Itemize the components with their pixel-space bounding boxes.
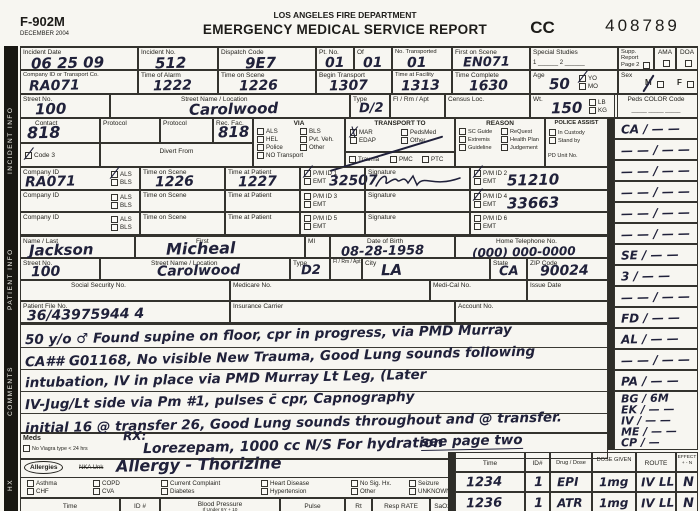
via-hel-checkbox (257, 136, 264, 143)
divert-from-label: Divert From (101, 148, 252, 155)
medtab-r1-effect: N (676, 472, 698, 492)
comment-line-3: intubation, IV in place via PMD Murray L… (25, 369, 427, 391)
wt-label: Wt. (533, 96, 543, 103)
code-row-3-value: — — / — — (621, 164, 690, 177)
medtab-r1-time: 1234 (455, 472, 525, 492)
sex-label: Sex (621, 72, 632, 79)
age-mo-label: MO (588, 83, 598, 90)
code-row-7: SE / — — (614, 244, 698, 265)
crew2-pm4-label: P/M ID 4 (483, 193, 507, 200)
wt-value: 150 (551, 101, 583, 117)
no-transported-value: 01 (407, 56, 427, 70)
field-incident-date: Incident Date 06 25 09 (20, 46, 138, 70)
code-row-2: — — / — — (614, 139, 698, 160)
medtab-h-time-label: Time (456, 460, 524, 467)
meds-label: Meds (23, 435, 41, 443)
see-page-two-note: see page two (421, 434, 523, 451)
police-custody-checkbox (549, 129, 556, 136)
field-special-studies: Special Studies 1 ______ 2 ______ (530, 46, 618, 70)
vitals-resp-col: Resp RATE (372, 498, 430, 511)
patient-mi-label: MI (308, 238, 315, 245)
code-row-12: — — / — — (614, 349, 698, 370)
patient-medical-label: Medi-Cal No. (433, 282, 471, 289)
age-value: 50 (549, 77, 570, 92)
code-row-9: — — / — — (614, 286, 698, 307)
special-studies-slots: 1 ______ 2 ______ (533, 60, 585, 67)
medtab-r1-drug: EPI (550, 472, 592, 492)
ama-label: AMA (655, 49, 675, 56)
crew1-pm1-checkbox (304, 170, 311, 177)
field-dispatch-code: Dispatch Code 9E7 (218, 46, 316, 70)
history-unknown: UNKNOWN (418, 488, 451, 495)
patient-street-name: Street Name / Location Carolwood (100, 258, 290, 280)
medtab-r2-route-value: IV LL (641, 497, 674, 510)
medtab-r2-drug: ATR (550, 492, 592, 511)
crew2-emt-right-label: EMT (483, 201, 496, 208)
via-other-checkbox (300, 144, 307, 151)
crew2-pm4-checkbox (474, 193, 481, 200)
medtab-h-id-label: ID# (526, 460, 549, 467)
history-seizure: Seizure (418, 480, 439, 487)
transport-pedsmed: PedsMed (410, 129, 436, 136)
crew2-patient-label: Time at Patient (228, 192, 271, 199)
patient-street-no-value: 100 (31, 265, 61, 280)
field-pt-no: Pt. No. 01 (316, 46, 354, 70)
sex-f-label: F (677, 79, 682, 88)
medtab-r2-effect-value: N (683, 497, 694, 510)
field-contact: Contact 818 (20, 118, 100, 143)
via-police-checkbox (257, 144, 264, 151)
patient-first-value: Micheal (166, 240, 236, 257)
crew3-signature-label: Signature (368, 214, 396, 221)
sex-f-checkbox (687, 81, 694, 88)
crew3-als-label: ALS (120, 216, 132, 223)
crew3-emt-left-label: EMT (313, 223, 326, 230)
report-number: 408789 (585, 16, 700, 36)
pmc-option: PMC (399, 156, 413, 163)
crew2-scene: Time on Scene (140, 190, 225, 212)
crew3-pm-right: P/M ID 6 EMT (470, 212, 608, 235)
via-title: VIA (254, 120, 344, 127)
hypertension-checkbox (261, 488, 268, 495)
no-sig-hx-checkbox (351, 480, 358, 487)
patient-insurance: Insurance Carrier (230, 301, 455, 323)
reason-extremis: Extremis (468, 137, 490, 143)
chf-checkbox (27, 488, 34, 495)
police-standby: Stand by (558, 138, 580, 144)
patient-last-value: Jackson (29, 242, 94, 258)
rec-fac-value: 818 (218, 125, 250, 141)
contact-value: 818 (27, 125, 61, 142)
crew3-company: Company ID ALS BLS (20, 212, 140, 235)
age-mo-checkbox (579, 83, 586, 90)
age-label: Age (533, 72, 545, 79)
code-row-6-value: — — / — — (621, 227, 690, 240)
history-copd: COPD (102, 480, 120, 487)
unknown-checkbox (409, 488, 416, 495)
cc-label: CC (520, 18, 565, 38)
crew2-als-label: ALS (120, 194, 132, 201)
margin-patient-info: PATIENT INFO (4, 235, 18, 323)
medtab-r1-route: IV LL (636, 472, 676, 492)
begin-transport-value: 1307 (329, 79, 368, 94)
group-transport-to: TRANSPORT TO MAR PedsMed EDAP Other (345, 118, 455, 152)
field-census-loc: Census Loc. (445, 94, 530, 118)
crew2-als-checkbox (111, 194, 118, 201)
field-of: Of 01 (354, 46, 392, 70)
history-hypertension: Hypertension (270, 488, 306, 495)
patient-ssn: Social Security No. (20, 280, 230, 301)
via-bls-checkbox (300, 128, 307, 135)
patient-file-no: Patient File No. 36/43975944 4 (20, 301, 230, 323)
pmc-checkbox (390, 156, 397, 163)
field-first-on-scene: First on Scene EN071 (452, 46, 530, 70)
supp-report-checkbox (643, 62, 650, 69)
medtab-h-drug: Drug / Dose (550, 452, 592, 472)
patient-medicare-label: Medicare No. (233, 282, 272, 289)
cva-checkbox (93, 488, 100, 495)
code-row-5: — — / — — (614, 202, 698, 223)
patient-medical: Medi-Cal No. (430, 280, 527, 301)
patient-city: City LA (362, 258, 490, 280)
heart-disease-checkbox (261, 480, 268, 487)
code-row-12-value: — — / — — (621, 353, 690, 366)
crew1-emt-right-checkbox (474, 178, 481, 185)
vitals-id-label: ID # (121, 503, 159, 510)
medtab-r2-route: IV LL (636, 492, 676, 511)
reason-health-plan: Health Plan (510, 137, 539, 143)
code-row-11-value: AL / — — (621, 332, 679, 345)
crew1-company-value: RA071 (25, 174, 76, 189)
code-row-3: — — / — — (614, 160, 698, 181)
code-row-10-value: FD / — — (621, 311, 680, 324)
field-divert-from: Divert From (100, 143, 253, 167)
reason-judgement: Judgement (510, 145, 538, 151)
field-code3: Code 3 (20, 143, 100, 167)
protocol-1-label: Protocol (103, 120, 127, 127)
crew1-als-label: ALS (120, 171, 132, 178)
crew3-als-checkbox (111, 216, 118, 223)
transport-mar-checkbox (350, 129, 357, 136)
history-other: Other (360, 488, 375, 495)
diabetes-checkbox (161, 488, 168, 495)
crew3-pm-left: P/M ID 5 EMT (300, 212, 365, 235)
patient-ssn-label: Social Security No. (71, 282, 126, 289)
street-name-value: Carolwood (189, 101, 278, 118)
crew1-pm-right: P/M ID 2 EMT 51210 (470, 167, 608, 190)
medtab-r1-id: 1 (525, 472, 550, 492)
crew1-bls-label: BLS (120, 179, 132, 186)
field-protocol-2: Protocol (160, 118, 213, 143)
code-row-7-value: SE / — — (621, 248, 679, 261)
crew2-pm3-checkbox (304, 193, 311, 200)
census-loc-label: Census Loc. (448, 96, 484, 103)
vitals-rt-col: Rt (345, 498, 372, 511)
crew3-scene-label: Time on Scene (143, 214, 186, 221)
transport-mar: MAR (359, 129, 373, 136)
comment-line-1: 50 y/o ♂ Found supine on floor, cpr in p… (25, 324, 512, 348)
reason-extremis-checkbox (459, 136, 466, 143)
crew3-pm5-label: P/M ID 5 (313, 215, 337, 222)
field-street-name: Street Name / Location Carolwood (110, 94, 350, 118)
group-police-assist: POLICE ASSIST In Custody Stand by PD Uni… (545, 118, 608, 167)
code-row-11: AL / — — (614, 328, 698, 349)
crew3-patient: Time at Patient (225, 212, 300, 235)
field-doa: DOA (676, 46, 698, 70)
medtab-r2-id-value: 1 (534, 497, 543, 510)
via-als-checkbox (257, 128, 264, 135)
patient-street-no: Street No. 100 (20, 258, 100, 280)
crew3-bls-checkbox (111, 224, 118, 231)
code-row-9-value: — — / — — (621, 290, 690, 303)
history-chf: CHF (36, 488, 49, 495)
medtab-h-dose: DOSE GIVEN (592, 452, 636, 472)
code-row-8-value: 3 / — — (621, 269, 671, 282)
history-current-complaint: Current Complaint (170, 480, 220, 487)
code-row-1-value: CA / — — (621, 122, 680, 135)
comment-line-2: CA## G01168, No visible New Trauma, Good… (25, 346, 535, 370)
pt-no-value: 01 (325, 56, 345, 70)
transport-to-title: TRANSPORT TO (346, 120, 454, 127)
crew2-pm-left: P/M ID 3 EMT (300, 190, 365, 212)
company-transport-value: RA071 (29, 78, 80, 93)
via-als: ALS (266, 128, 278, 135)
group-via: VIA ALS BLS HEL Pvt. Veh. Police Other N… (253, 118, 345, 167)
police-title: POLICE ASSIST (546, 120, 607, 126)
crew1-als-checkbox (111, 171, 118, 178)
type-value: D/2 (359, 102, 384, 116)
patient-dob: Date of Birth 08-28-1958 (330, 235, 455, 258)
patient-last-name: Name / Last Jackson (20, 235, 135, 258)
ems-report-scan: F-902M DECEMBER 2004 LOS ANGELES FIRE DE… (0, 0, 700, 511)
crew3-scene: Time on Scene (140, 212, 225, 235)
patient-mi: MI (305, 235, 330, 258)
special-studies-label: Special Studies (533, 49, 578, 56)
police-standby-checkbox (549, 137, 556, 144)
allergies-row: Allergies NKA Unk Allergy - Thorizine (20, 459, 455, 477)
crew1-emt-right-label: EMT (483, 178, 496, 185)
history-diabetes: Diabetes (170, 488, 194, 495)
crew1-bls-checkbox (111, 179, 118, 186)
patient-account-label: Account No. (458, 303, 493, 310)
patient-phone-value: (000) 000-0000 (472, 245, 576, 259)
medtab-r2-id: 1 (525, 492, 550, 511)
patient-insurance-label: Insurance Carrier (233, 303, 283, 310)
crew1-emt-left-label: EMT (313, 178, 326, 185)
page-title: EMERGENCY MEDICAL SERVICE REPORT (175, 22, 515, 37)
ama-checkbox (663, 60, 670, 67)
medtab-h-route: ROUTE (636, 452, 676, 472)
crew2-bls-label: BLS (120, 202, 132, 209)
vitals-time-col: Time (20, 498, 120, 511)
crew2-pm-right: P/M ID 4 EMT 33663 (470, 190, 608, 212)
margin-hx: HX (4, 459, 18, 511)
crew3-company-label: Company ID (23, 214, 59, 221)
history-asthma: Asthma (36, 480, 57, 487)
medtab-r1-effect-value: N (683, 476, 694, 489)
margin-incident-info: INCIDENT INFO (4, 46, 18, 235)
field-street-no: Street No. 100 (20, 94, 110, 118)
street-no-value: 100 (35, 102, 67, 118)
history-row: Asthma CHF COPD CVA Current Complaint Di… (20, 477, 455, 498)
field-time-complete: Time Complete 1630 (452, 70, 530, 94)
reason-health-plan-checkbox (501, 136, 508, 143)
medtab-r1-time-value: 1234 (466, 476, 502, 490)
code-row-4: — — / — — (614, 181, 698, 202)
medtab-h-id: ID# (525, 452, 550, 472)
doa-checkbox (685, 60, 692, 67)
medtab-h-drug-label: Drug / Dose (551, 460, 591, 466)
group-reason: REASON SC Guide ReQuest Extremis Health … (455, 118, 545, 167)
ptc-option: PTC (431, 156, 443, 163)
code-row-13: PA / — — (614, 370, 698, 391)
age-yo-checkbox (579, 75, 586, 82)
patient-zip: ZIP Code 90024 (527, 258, 608, 280)
crew2-patient: Time at Patient (225, 190, 300, 212)
medtab-h-route-label: ROUTE (637, 460, 675, 467)
crew1-patient: Time at Patient 1227 (225, 167, 300, 190)
crew3-bls-label: BLS (120, 224, 132, 231)
patient-fl-rm-apt-label: Fl / Rm / Apt (333, 260, 361, 266)
patient-city-label: City (365, 260, 376, 267)
history-no-sig-hx: No Sig. Hx. (360, 480, 391, 487)
crew1-pm2-checkbox (474, 170, 481, 177)
field-age: Age 50 YO MO (530, 70, 618, 94)
code-row-1: CA / — — (614, 118, 698, 139)
medtab-r2-time: 1236 (455, 492, 525, 511)
crew3-emt-right-label: EMT (483, 223, 496, 230)
crew2-signature: Signature (365, 190, 470, 212)
medtab-h-time: Time (455, 452, 525, 472)
patient-street-name-value: Carolwood (157, 263, 241, 279)
patient-file-no-value: 36/43975944 4 (27, 307, 144, 323)
seizure-checkbox (409, 480, 416, 487)
crew3-emt-left-checkbox (304, 223, 311, 230)
vitals-rt-label: Rt (346, 503, 371, 510)
medtab-h-dose-label: DOSE GIVEN (593, 457, 635, 464)
via-bls: BLS (309, 128, 321, 135)
code-row-6: — — / — — (614, 223, 698, 244)
crew1-pm2-value: 51210 (507, 172, 559, 188)
form-number: F-902M (20, 14, 110, 29)
patient-fl-rm-apt: Fl / Rm / Apt (330, 258, 362, 280)
code-extra-box: BG / 6M EK / — — IV / — — ME / — — CP / … (614, 391, 698, 450)
copd-checkbox (93, 480, 100, 487)
asthma-checkbox (27, 480, 34, 487)
patient-type-value: D2 (301, 264, 321, 277)
margin-comments: COMMENTS (4, 323, 18, 459)
crew2-emt-right-checkbox (474, 201, 481, 208)
reason-guideline: Guideline (468, 145, 492, 151)
age-yo-label: YO (588, 75, 597, 82)
patient-medicare: Medicare No. (230, 280, 430, 301)
comments-area: 50 y/o ♂ Found supine on floor, cpr in p… (20, 323, 608, 433)
medtab-r1-route-value: IV LL (641, 476, 674, 489)
crew3-pm5-checkbox (304, 215, 311, 222)
department-name: LOS ANGELES FIRE DEPARTMENT (200, 10, 490, 20)
patient-issue-date: Issue Date (527, 280, 608, 301)
patient-phone: Home Telephone No. (000) 000-0000 (455, 235, 608, 258)
medtab-r1-dose: 1mg (592, 472, 636, 492)
crew3-patient-label: Time at Patient (228, 214, 271, 221)
crew1-pm-left: P/M ID 1 EMT 32507 (300, 167, 365, 190)
first-on-scene-value: EN071 (463, 56, 510, 70)
field-peds-color: Peds COLOR Code _____ _____ _____ (614, 94, 698, 118)
fl-rm-apt-label: Fl / Rm / Apt (393, 96, 429, 103)
no-viagra-label: No Viagra type < 24 hrs (32, 446, 88, 452)
time-of-alarm-value: 1222 (153, 79, 192, 94)
time-complete-value: 1630 (469, 79, 508, 94)
field-wt: Wt. 150 LB KG (530, 94, 618, 118)
via-pvt-veh: Pvt. Veh. (309, 136, 334, 143)
dispatch-code-value: 9E7 (245, 56, 276, 72)
patient-state-value: CA (499, 265, 519, 278)
allergies-printed: NKA Unk (79, 465, 103, 472)
field-type: Type D/2 (350, 94, 390, 118)
crew1-signature: Signature (365, 167, 470, 190)
vitals-resp-label: Resp RATE (373, 503, 429, 510)
medtab-h-effect: EFFECT + - N (676, 452, 698, 472)
patient-city-value: LA (381, 263, 402, 278)
reason-judgement-checkbox (501, 144, 508, 151)
crew2-scene-label: Time on Scene (143, 192, 186, 199)
crew2-pm4-value: 33663 (507, 195, 559, 211)
via-no-transport: NO Transport (266, 152, 303, 159)
transport-other-checkbox (401, 137, 408, 144)
no-viagra-checkbox (23, 445, 30, 452)
crew2-company-label: Company ID (23, 192, 59, 199)
crew2-signature-label: Signature (368, 192, 396, 199)
code3-label: Code 3 (34, 152, 55, 159)
reason-title: REASON (456, 120, 544, 127)
incident-no-value: 512 (155, 56, 187, 72)
field-fl-rm-apt: Fl / Rm / Apt (390, 94, 445, 118)
reason-sc-guide-checkbox (459, 128, 466, 135)
crew1-scene: Time on Scene 1226 (140, 167, 225, 190)
medtab-r2-drug-value: ATR (557, 497, 583, 510)
patient-account: Account No. (455, 301, 608, 323)
row-time-on-scene-value: 1226 (239, 79, 278, 94)
crew3-signature: Signature (365, 212, 470, 235)
allergies-value: Allergy - Thorizine (116, 455, 282, 474)
meds-table-strip (448, 452, 455, 511)
medtab-r1-drug-value: EPI (557, 476, 579, 488)
police-custody: In Custody (558, 130, 585, 136)
history-heart-disease: Heart Disease (270, 480, 309, 487)
other-checkbox (351, 488, 358, 495)
code-row-4-value: — — / — — (621, 185, 690, 198)
code-row-5-value: — — / — — (621, 206, 690, 219)
doa-label: DOA (677, 49, 697, 56)
wt-lb-checkbox (589, 99, 596, 106)
crew2-emt-left-label: EMT (313, 201, 326, 208)
sex-m-checkbox (657, 81, 664, 88)
vitals-id-col: ID # (120, 498, 160, 511)
field-protocol-1: Protocol (100, 118, 160, 143)
medtab-r2-dose: 1mg (592, 492, 636, 511)
field-ama: AMA (654, 46, 676, 70)
field-sex: Sex M F (618, 70, 698, 94)
wt-lb-label: LB (598, 99, 606, 106)
patient-issue-date-label: Issue Date (530, 282, 561, 289)
protocol-2-label: Protocol (163, 120, 187, 127)
reason-sc-guide: SC Guide (468, 129, 492, 135)
crew1-company: Company ID RA071 ALS BLS (20, 167, 140, 190)
via-pvt-checkbox (300, 136, 307, 143)
reason-guideline-checkbox (459, 144, 466, 151)
medtab-r2-time-value: 1236 (466, 497, 502, 511)
crew3-pm6-checkbox (474, 215, 481, 222)
